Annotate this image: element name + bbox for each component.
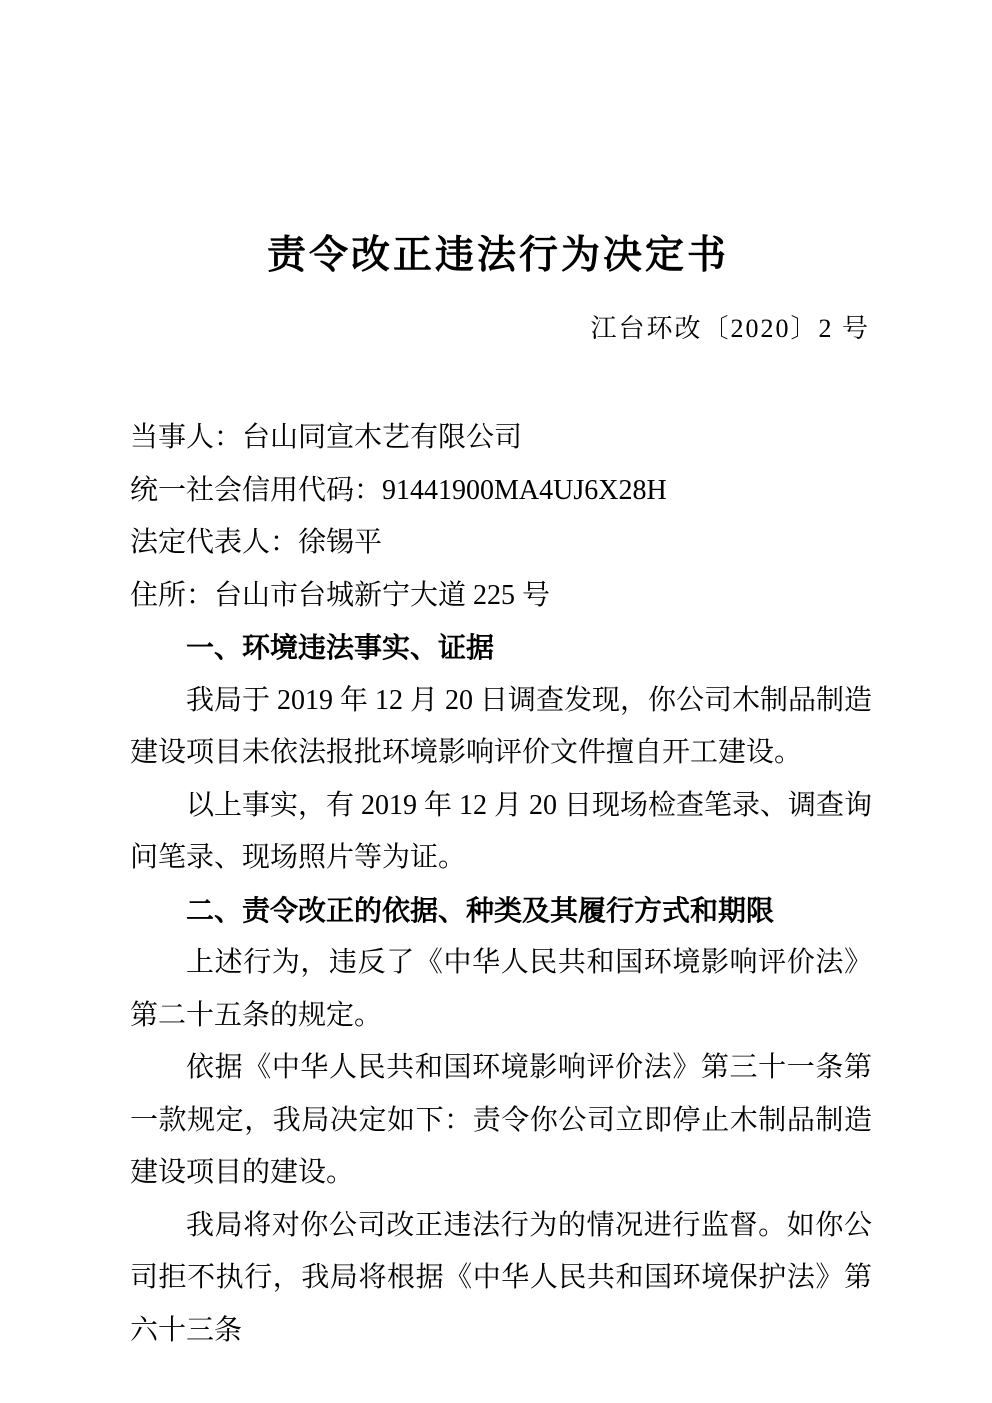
section-2-paragraph-1: 上述行为，违反了《中华人民共和国环境影响评价法》第二十五条的规定。 bbox=[130, 937, 872, 1042]
credit-code-line: 统一社会信用代码：91441900MA4UJ6X28H bbox=[130, 465, 872, 518]
section-2-heading: 二、责令改正的依据、种类及其履行方式和期限 bbox=[130, 885, 872, 938]
address-line: 住所：台山市台城新宁大道 225 号 bbox=[130, 570, 872, 623]
legal-representative-line: 法定代表人：徐锡平 bbox=[130, 517, 872, 570]
document-number: 江台环改〔2020〕2 号 bbox=[126, 308, 870, 345]
section-1-paragraph-2: 以上事实，有 2019 年 12 月 20 日现场检查笔录、调查询问笔录、现场照… bbox=[130, 780, 872, 885]
section-1-heading: 一、环境违法事实、证据 bbox=[130, 622, 872, 675]
section-1-paragraph-1: 我局于 2019 年 12 月 20 日调查发现，你公司木制品制造建设项目未依法… bbox=[130, 675, 872, 780]
section-2-paragraph-2: 依据《中华人民共和国环境影响评价法》第三十一条第一款规定，我局决定如下：责令你公… bbox=[130, 1042, 872, 1200]
section-2-paragraph-3: 我局将对你公司改正违法行为的情况进行监督。如你公司拒不执行，我局将根据《中华人民… bbox=[130, 1200, 872, 1358]
document-page: 责令改正违法行为决定书 江台环改〔2020〕2 号 当事人：台山同宣木艺有限公司… bbox=[0, 0, 992, 1403]
document-title: 责令改正违法行为决定书 bbox=[126, 224, 870, 280]
document-body: 当事人：台山同宣木艺有限公司 统一社会信用代码：91441900MA4UJ6X2… bbox=[130, 412, 872, 1357]
party-line: 当事人：台山同宣木艺有限公司 bbox=[130, 412, 872, 465]
